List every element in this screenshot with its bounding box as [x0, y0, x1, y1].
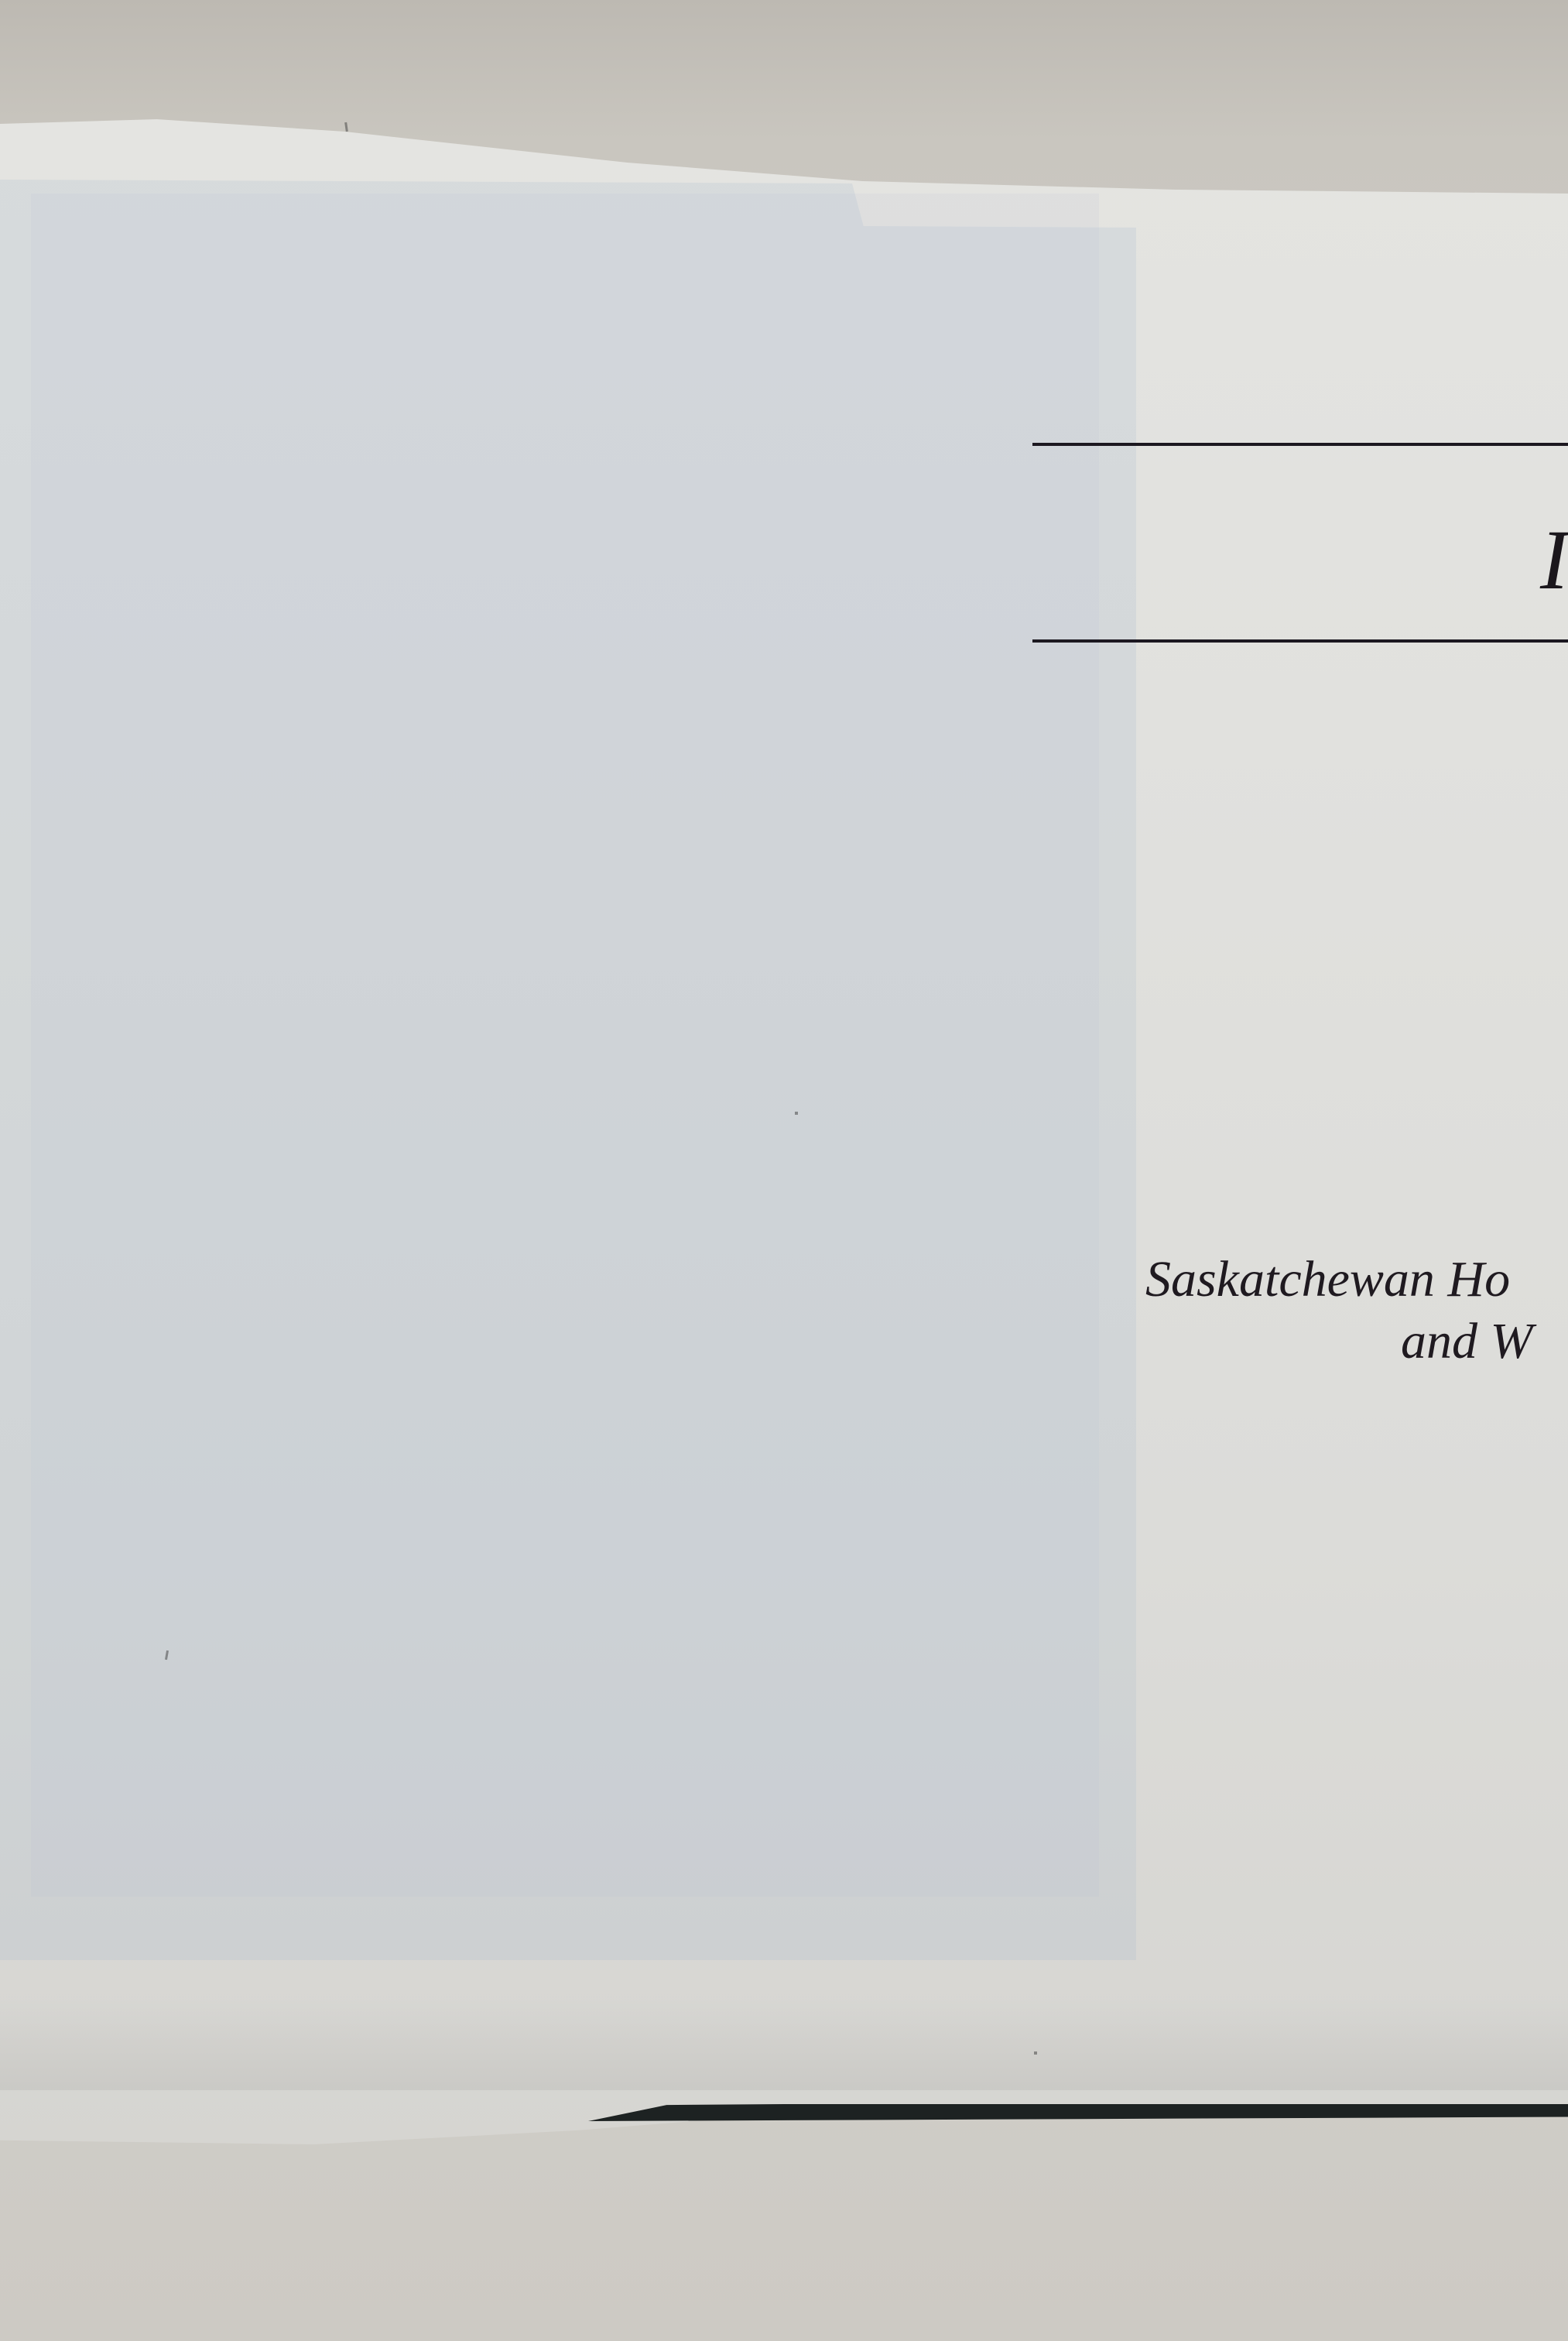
subtitle-line-1: Saskatchewan Ho [1145, 1251, 1510, 1308]
title-text-fragment: I [1540, 517, 1568, 602]
paper-speck [795, 1112, 798, 1115]
title-rule-top [1032, 443, 1568, 446]
title-rule-bottom [1032, 639, 1568, 643]
paper-speck [1034, 2051, 1037, 2055]
subtitle: Saskatchewan Ho and W [1145, 1254, 1568, 1367]
page-shadow [0, 1997, 1568, 2090]
subtitle-line-2: and W [1145, 1316, 1568, 1367]
overlay-inner-region [31, 194, 1099, 1897]
